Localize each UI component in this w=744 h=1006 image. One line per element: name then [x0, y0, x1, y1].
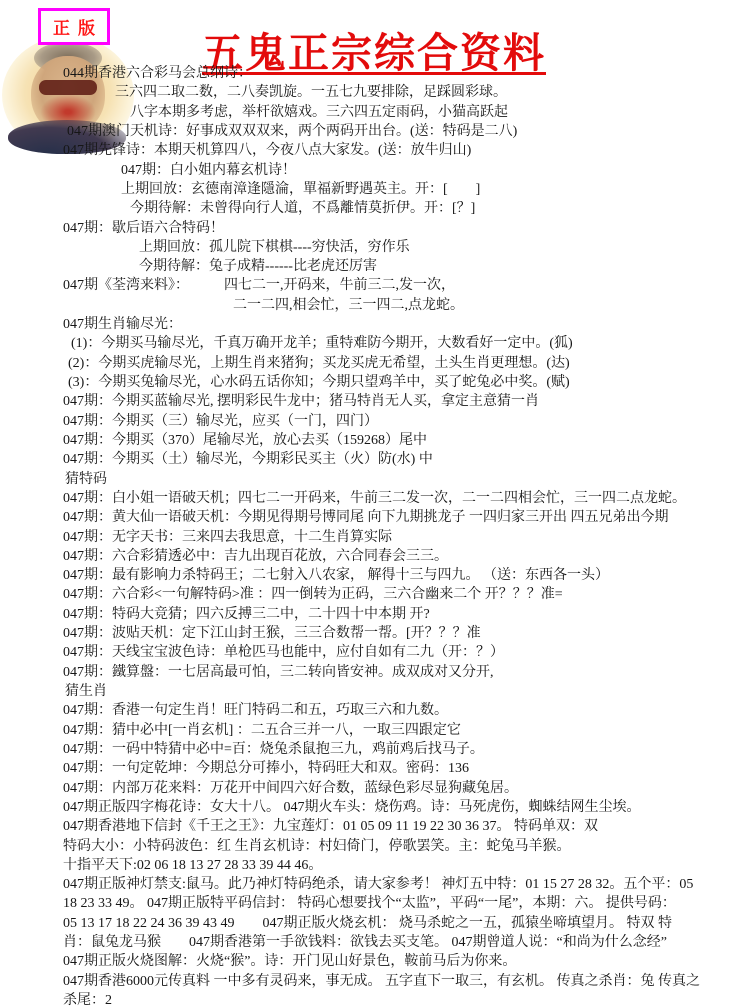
text-line: 杀尾：2 [63, 991, 741, 1006]
text-line: 二一二四,相会忙，三一四二,点龙蛇。 [63, 296, 741, 315]
text-line: 今期待解：兔子成精------比老虎还厉害 [63, 257, 741, 276]
text-line: 047期正版神灯禁支:鼠马。此乃神灯特码绝杀，请大家参考！ 神灯五中特：01 1… [63, 875, 741, 894]
text-line: 047期澳门天机诗：好事成双双双来，两个两码开出台。(送：特码是二八) [63, 122, 741, 141]
text-line: (3)：今期买兔输尽光，心水码五话你知；今期只望鸡羊中，买了蛇兔必中奖。(赋) [63, 373, 741, 392]
text-line: 猜特码 [63, 470, 741, 489]
authentic-stamp: 正版 [38, 8, 110, 45]
text-line: 047期：今期买蓝输尽光, 摆明彩民牛龙中；猪马特肖无人买，拿定主意猜一肖 [63, 392, 741, 411]
text-line: 上期回放：孤儿院下棋棋----穷快活，穷作乐 [63, 238, 741, 257]
text-line: 八字本期多考虑，举杆欲嬉戏。三六四五定雨码，小猫高跃起 [63, 103, 741, 122]
text-line: 猜生肖 [63, 682, 741, 701]
text-line: 05 13 17 18 22 24 36 39 43 49 047期正版火烧玄机… [63, 914, 741, 933]
text-line: (2)：今期买虎输尽光，上期生肖来猪狗；买龙买虎无希望，土头生肖更理想。(达) [63, 354, 741, 373]
text-line: 今期待解：未曾得向行人道，不爲離情莫折伊。开：[？] [63, 199, 741, 218]
text-line: 三六四二取二数，二八奏凯旋。一五七九要排除，足踩圆彩球。 [63, 83, 741, 102]
text-line: 047期：歇后语六合特码！ [63, 219, 741, 238]
text-line: 047期：一码中特猜中必中=百：烧兔杀鼠抱三九，鸡前鸡后找马子。 [63, 740, 741, 759]
text-line: (1)：今期买马输尽光，千真万确开龙羊；重特难防今期开，大数看好一定中。(狐) [63, 334, 741, 353]
text-line: 047期《荃湾来料》： 四七二一,开码来，牛前三二,发一次， [63, 276, 741, 295]
text-line: 047期：今期买（370）尾输尽光，放心去买（159268）尾中 [63, 431, 741, 450]
text-line: 047期先锋诗：本期天机算四八，今夜八点大家发。(送：放牛归山) [63, 141, 741, 160]
text-line: 047期：鐵算盤：一七居高最可怕，三二转向皆安神。成双成对又分开, [63, 663, 741, 682]
text-line: 047期：白小姐内幕玄机诗！ [63, 161, 741, 180]
content-lines: 044期香港六合彩马会总纲诗：三六四二取二数，二八奏凯旋。一五七九要排除，足踩圆… [63, 64, 741, 1006]
text-line: 047期：今期买（土）输尽光，今期彩民买主（火）防(水) 中 [63, 450, 741, 469]
text-line: 047期生肖输尽光： [63, 315, 741, 334]
text-line: 肖：鼠兔龙马猴 047期香港第一手欲钱料：欲钱去买支笔。 047期曾道人说：“和… [63, 933, 741, 952]
text-line: 047期：黄大仙一语破天机：今期见得期号博同尾 向下九期挑龙子 一四归家三开出 … [63, 508, 741, 527]
text-line: 047期：内部万花来料：万花开中间四六好合数，蓝绿色彩尽显狗藏兔居。 [63, 779, 741, 798]
text-line: 上期回放：玄德南漳逢隱淪，單福新野遇英主。开：[ ] [63, 180, 741, 199]
text-line: 047期：一句定乾坤：今期总分可捧小，特码旺大和双。密码：136 [63, 759, 741, 778]
text-line: 044期香港六合彩马会总纲诗： [63, 64, 741, 83]
text-line: 047期：六合彩<一句解特码>准 ：四一倒转为正码，三六合幽来二个 开？？？准= [63, 585, 741, 604]
text-line: 特码大小：小特码波色：红 生肖玄机诗：村妇倚门，停歌罢笑。主：蛇兔马羊猴。 [63, 837, 741, 856]
text-line: 047期：特码大竞猜；四六反搏三二中，二十四十中本期 开? [63, 605, 741, 624]
text-line: 047期：无字天书：三来四去我思意，十二生肖算实际 [63, 528, 741, 547]
text-line: 047期：六合彩猜透必中：吉九出现百花放，六合同春会三三。 [63, 547, 741, 566]
text-line: 十指平天下:02 06 18 13 27 28 33 39 44 46。 [63, 856, 741, 875]
text-line: 047期：天线宝宝波色诗：单枪匹马也能中，应付自如有二九（开：？） [63, 643, 741, 662]
text-line: 047期香港6000元传真料 一中多有灵码来，事无成。 五字直下一取三，有玄机。… [63, 972, 741, 991]
text-line: 047期：今期买（三）输尽光，应买（一门，四门） [63, 412, 741, 431]
text-line: 047期正版四字梅花诗：女大十八。 047期火车头：烧伤鸡。诗：马死虎伤，蜘蛛结… [63, 798, 741, 817]
text-line: 047期：波贴天机：定下江山封王猴，三三合数帮一帮。[开？？？准 [63, 624, 741, 643]
text-line: 047期：香港一句定生肖！旺门特码二和五，巧取三六和九数。 [63, 701, 741, 720]
text-line: 047期：最有影响力杀特码王；二七射入八农家， 解得十三与四九。 （送：东西各一… [63, 566, 741, 585]
text-line: 047期正版火烧图解：火烧“猴”。诗：开门见山好景色，鞍前马后为你来。 [63, 952, 741, 971]
text-line: 047期香港地下信封《千王之王》：九宝莲灯：01 05 09 11 19 22 … [63, 817, 741, 836]
text-line: 047期：猜中必中[一肖玄机] ：二五合三并一八，一取三四跟定它 [63, 721, 741, 740]
text-line: 18 23 33 49。 047期正版特平码信封： 特码心想要找个“太监”，平码… [63, 894, 741, 913]
text-line: 047期：白小姐一语破天机；四七二一开码来，牛前三二发一次，二一二四相会忙，三一… [63, 489, 741, 508]
